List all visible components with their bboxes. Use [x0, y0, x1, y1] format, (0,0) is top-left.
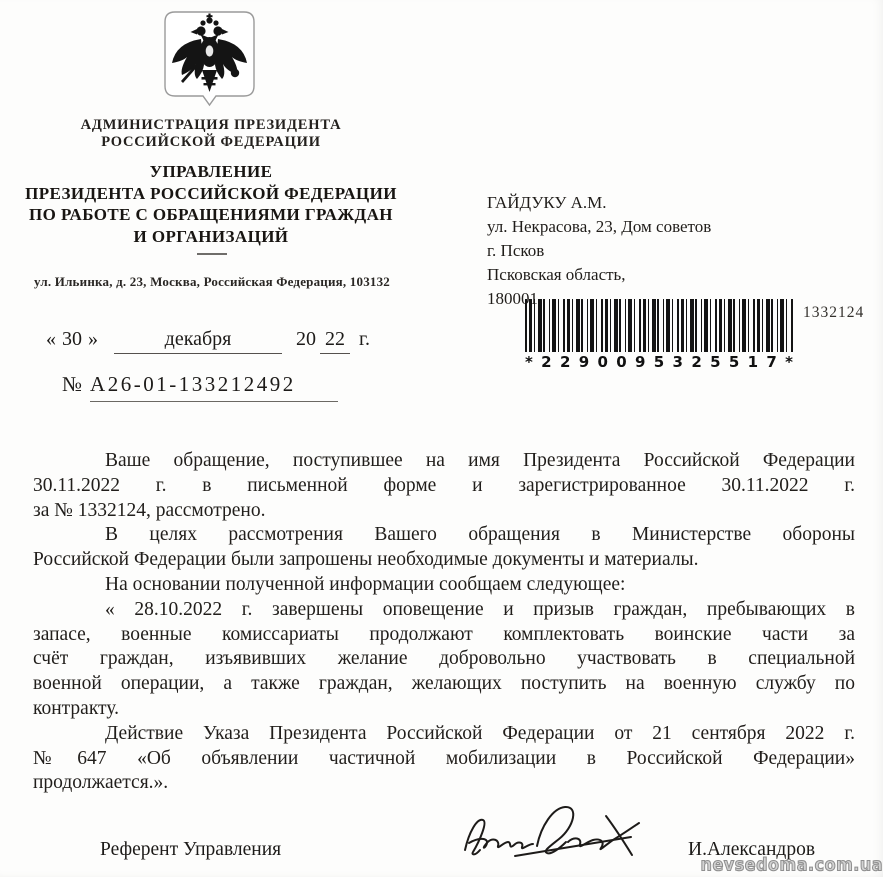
scanned-letter-page: АДМИНИСТРАЦИЯ ПРЕЗИДЕНТА РОССИЙСКОЙ ФЕДЕ… — [0, 0, 883, 877]
org-address: ул. Ильинка, д. 23, Москва, Российская Ф… — [10, 274, 414, 290]
handwritten-signature-icon — [455, 798, 650, 868]
reference-number-line: №А26-01-133212492 — [62, 372, 338, 397]
watermark: nevsedoma.com.ua — [701, 854, 883, 875]
department-line: УПРАВЛЕНИЕ — [16, 161, 406, 183]
body-line: Ваше обращение, поступившее на имя Прези… — [33, 449, 855, 474]
date-line: «30»декабря2022 г. — [46, 328, 370, 354]
body-line: Действие Указа Президента Российской Фед… — [33, 722, 855, 747]
body-line: На основании полученной информации сообщ… — [33, 573, 855, 598]
date-suffix: г. — [359, 328, 370, 350]
department-line: И ОРГАНИЗАЦИЙ — [16, 226, 406, 248]
body-line: « 28.10.2022 г. завершены оповещение и п… — [33, 598, 855, 623]
org-name: АДМИНИСТРАЦИЯ ПРЕЗИДЕНТА РОССИЙСКОЙ ФЕДЕ… — [16, 117, 406, 151]
org-name-line2: РОССИЙСКОЙ ФЕДЕРАЦИИ — [16, 134, 406, 151]
open-quote: « — [46, 328, 56, 350]
recipient-region: Псковская область, — [487, 263, 711, 287]
date-day: 30 — [62, 328, 82, 350]
body-line: военной операции, а также граждан, желаю… — [33, 672, 855, 697]
date-month: декабря — [114, 328, 282, 354]
org-name-line1: АДМИНИСТРАЦИЯ ПРЕЗИДЕНТА — [16, 117, 406, 134]
separator-dash — [197, 253, 227, 255]
body-line: контракту. — [33, 697, 855, 722]
department-name: УПРАВЛЕНИЕ ПРЕЗИДЕНТА РОССИЙСКОЙ ФЕДЕРАЦ… — [16, 161, 406, 247]
barcode-icon — [525, 299, 793, 352]
department-line: ПО РАБОТЕ С ОБРАЩЕНИЯМИ ГРАЖДАН — [16, 204, 406, 226]
body-line: счёт граждан, изъявивших желание доброво… — [33, 647, 855, 672]
letter-body: Ваше обращение, поступившее на имя Прези… — [33, 449, 855, 796]
recipient-name: ГАЙДУКУ А.М. — [487, 191, 711, 215]
body-line: Российской Федерации были запрошены необ… — [33, 548, 855, 573]
body-line: В целях рассмотрения Вашего обращения в … — [33, 523, 855, 548]
number-sign: № — [62, 372, 82, 396]
body-line: продолжается.». — [33, 771, 855, 796]
signer-position: Референт Управления — [100, 839, 281, 861]
body-line: 30.11.2022 г. в письменной форме и зарег… — [33, 474, 855, 499]
barcode-digits: * 2 2 9 0 0 9 5 3 2 5 5 1 7 * — [525, 353, 793, 371]
recipient-city: г. Псков — [487, 239, 711, 263]
date-year: 22 — [320, 328, 350, 354]
body-line: запасе, военные комиссариаты продолжают … — [33, 623, 855, 648]
recipient-address-block: ГАЙДУКУ А.М. ул. Некрасова, 23, Дом сове… — [487, 191, 711, 311]
date-century: 20 — [296, 328, 316, 350]
registration-number: 1332124 — [803, 304, 864, 322]
close-quote: » — [88, 328, 98, 350]
reference-number: А26-01-133212492 — [90, 372, 338, 402]
recipient-street: ул. Некрасова, 23, Дом советов — [487, 215, 711, 239]
body-line: за № 1332124, рассмотрено. — [33, 499, 855, 524]
department-line: ПРЕЗИДЕНТА РОССИЙСКОЙ ФЕДЕРАЦИИ — [16, 183, 406, 205]
coat-of-arms-icon — [163, 10, 256, 107]
body-line: №647 «Об объявлении частичной мобилизаци… — [33, 747, 855, 772]
